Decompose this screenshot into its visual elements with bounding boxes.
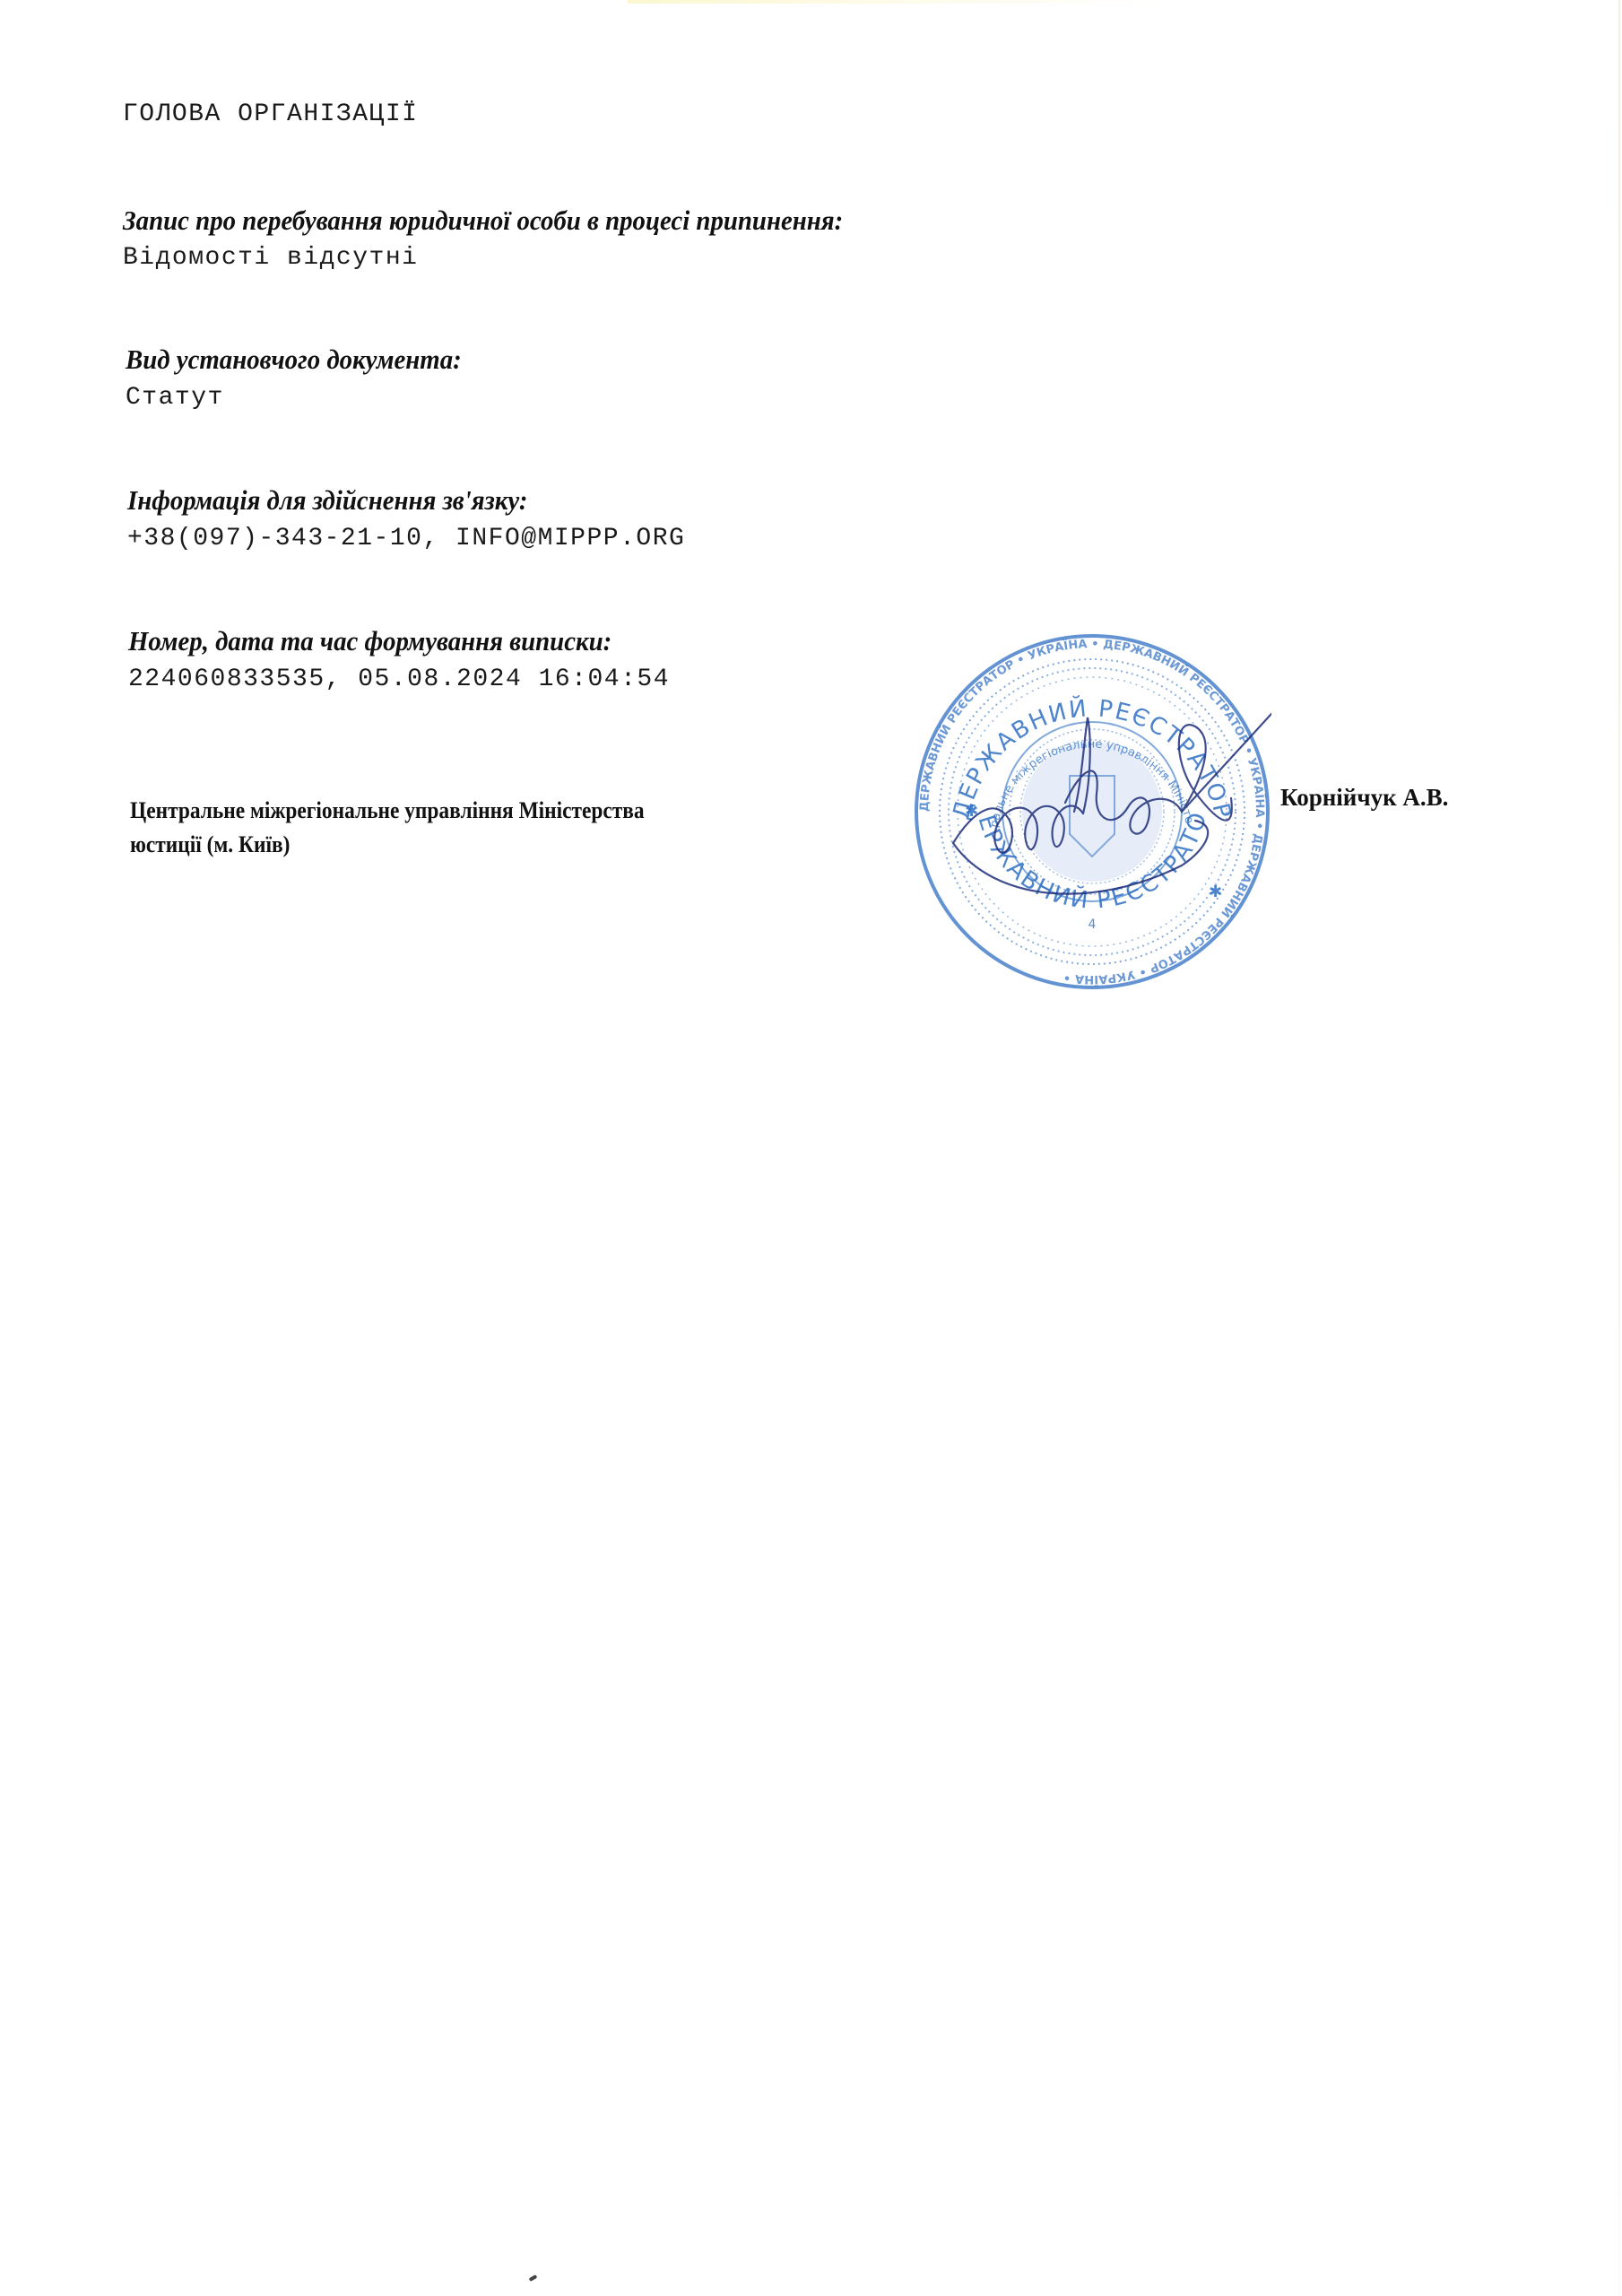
field-label-founding-document: Вид установчого документа: xyxy=(126,344,462,376)
scan-artifact-top xyxy=(628,0,1166,4)
issuer-line-1: Центральне міжрегіональне управління Мін… xyxy=(130,794,645,828)
field-label-contact-info: Інформація для здійснення зв'язку: xyxy=(127,484,527,517)
official-stamp-icon: ДЕРЖАВНИЙ РЕЄСТРАТОР • УКРАЇНА • ДЕРЖАВН… xyxy=(913,632,1271,991)
scan-artifact-edge xyxy=(1618,0,1620,2296)
section-heading: ГОЛОВА ОРГАНІЗАЦІЇ xyxy=(123,100,418,128)
field-label-extract-number: Номер, дата та час формування виписки: xyxy=(128,625,612,657)
field-value-founding-document: Статут xyxy=(126,384,224,412)
svg-text:✱: ✱ xyxy=(965,802,978,821)
issuer-line-2: юстиції (м. Київ) xyxy=(130,828,645,862)
issuer-organization: Центральне міжрегіональне управління Мін… xyxy=(130,794,645,862)
svg-text:✱: ✱ xyxy=(1209,883,1222,901)
field-value-contact-info: +38(097)-343-21-10, INFO@MIPPP.ORG xyxy=(127,525,685,552)
signer-name: Корнійчук А.В. xyxy=(1280,784,1448,812)
field-value-extract-number: 224060833535, 05.08.2024 16:04:54 xyxy=(128,665,670,693)
scan-speck xyxy=(529,2274,538,2282)
document-page: ГОЛОВА ОРГАНІЗАЦІЇ Запис про перебування… xyxy=(0,0,1622,2296)
svg-text:4: 4 xyxy=(1089,918,1097,932)
field-value-termination: Відомості відсутні xyxy=(123,244,418,272)
field-label-termination: Запис про перебування юридичної особи в … xyxy=(123,204,843,237)
